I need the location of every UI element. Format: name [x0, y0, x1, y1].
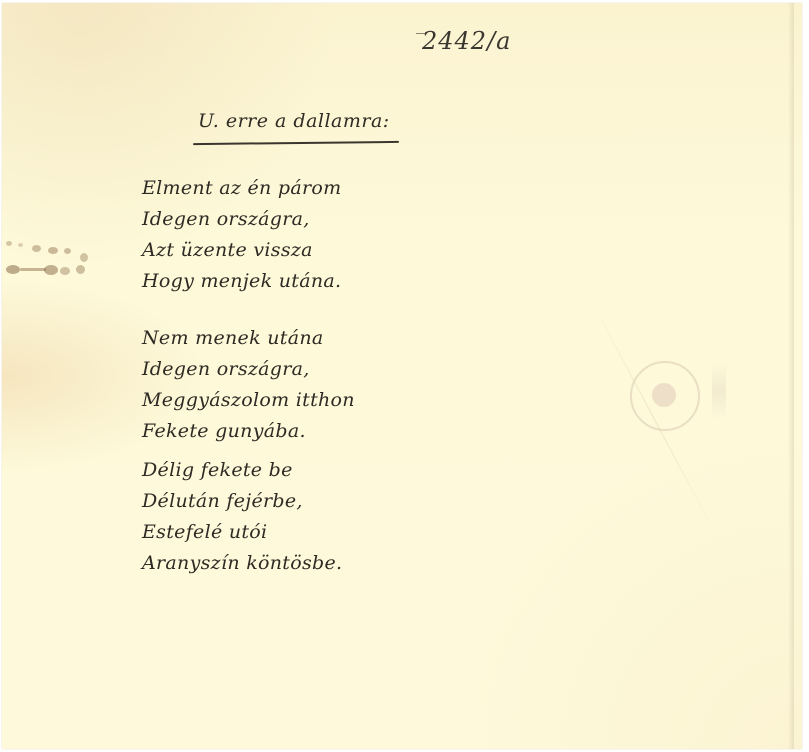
- verse-line: Estefelé utói: [142, 517, 342, 548]
- verse-line: Fekete gunyába.: [142, 416, 355, 447]
- paper-edge-shadow: [788, 3, 794, 749]
- verse-line: Délig fekete be: [142, 455, 342, 486]
- verse-line: Idegen országra,: [142, 204, 341, 235]
- ink-stain: [4, 239, 94, 279]
- verse-line: Nem menek utána: [142, 323, 355, 354]
- stanza-3: Délig fekete be Délután fejérbe, Estefel…: [142, 455, 342, 579]
- catalog-number: 2442/a: [422, 27, 511, 55]
- manuscript-page: 2442/a U. erre a dallamra: Elment az én …: [2, 3, 802, 749]
- verse-line: Meggyászolom itthon: [142, 385, 355, 416]
- verse-line: Délután fejérbe,: [142, 486, 342, 517]
- verse-line: Idegen országra,: [142, 354, 355, 385]
- stamp-emblem: [652, 383, 676, 407]
- stanza-2: Nem menek utána Idegen országra, Meggyás…: [142, 323, 355, 447]
- stanza-1: Elment az én párom Idegen országra, Azt …: [142, 173, 341, 297]
- verse-line: Hogy menjek utána.: [142, 266, 341, 297]
- faded-stamp-text: [712, 363, 726, 419]
- heading: U. erre a dallamra:: [198, 110, 390, 132]
- heading-underline: [193, 141, 399, 145]
- verse-line: Aranyszín köntösbe.: [142, 548, 342, 579]
- verse-line: Elment az én párom: [142, 173, 341, 204]
- verse-line: Azt üzente vissza: [142, 235, 341, 266]
- faded-stamp: [630, 361, 700, 431]
